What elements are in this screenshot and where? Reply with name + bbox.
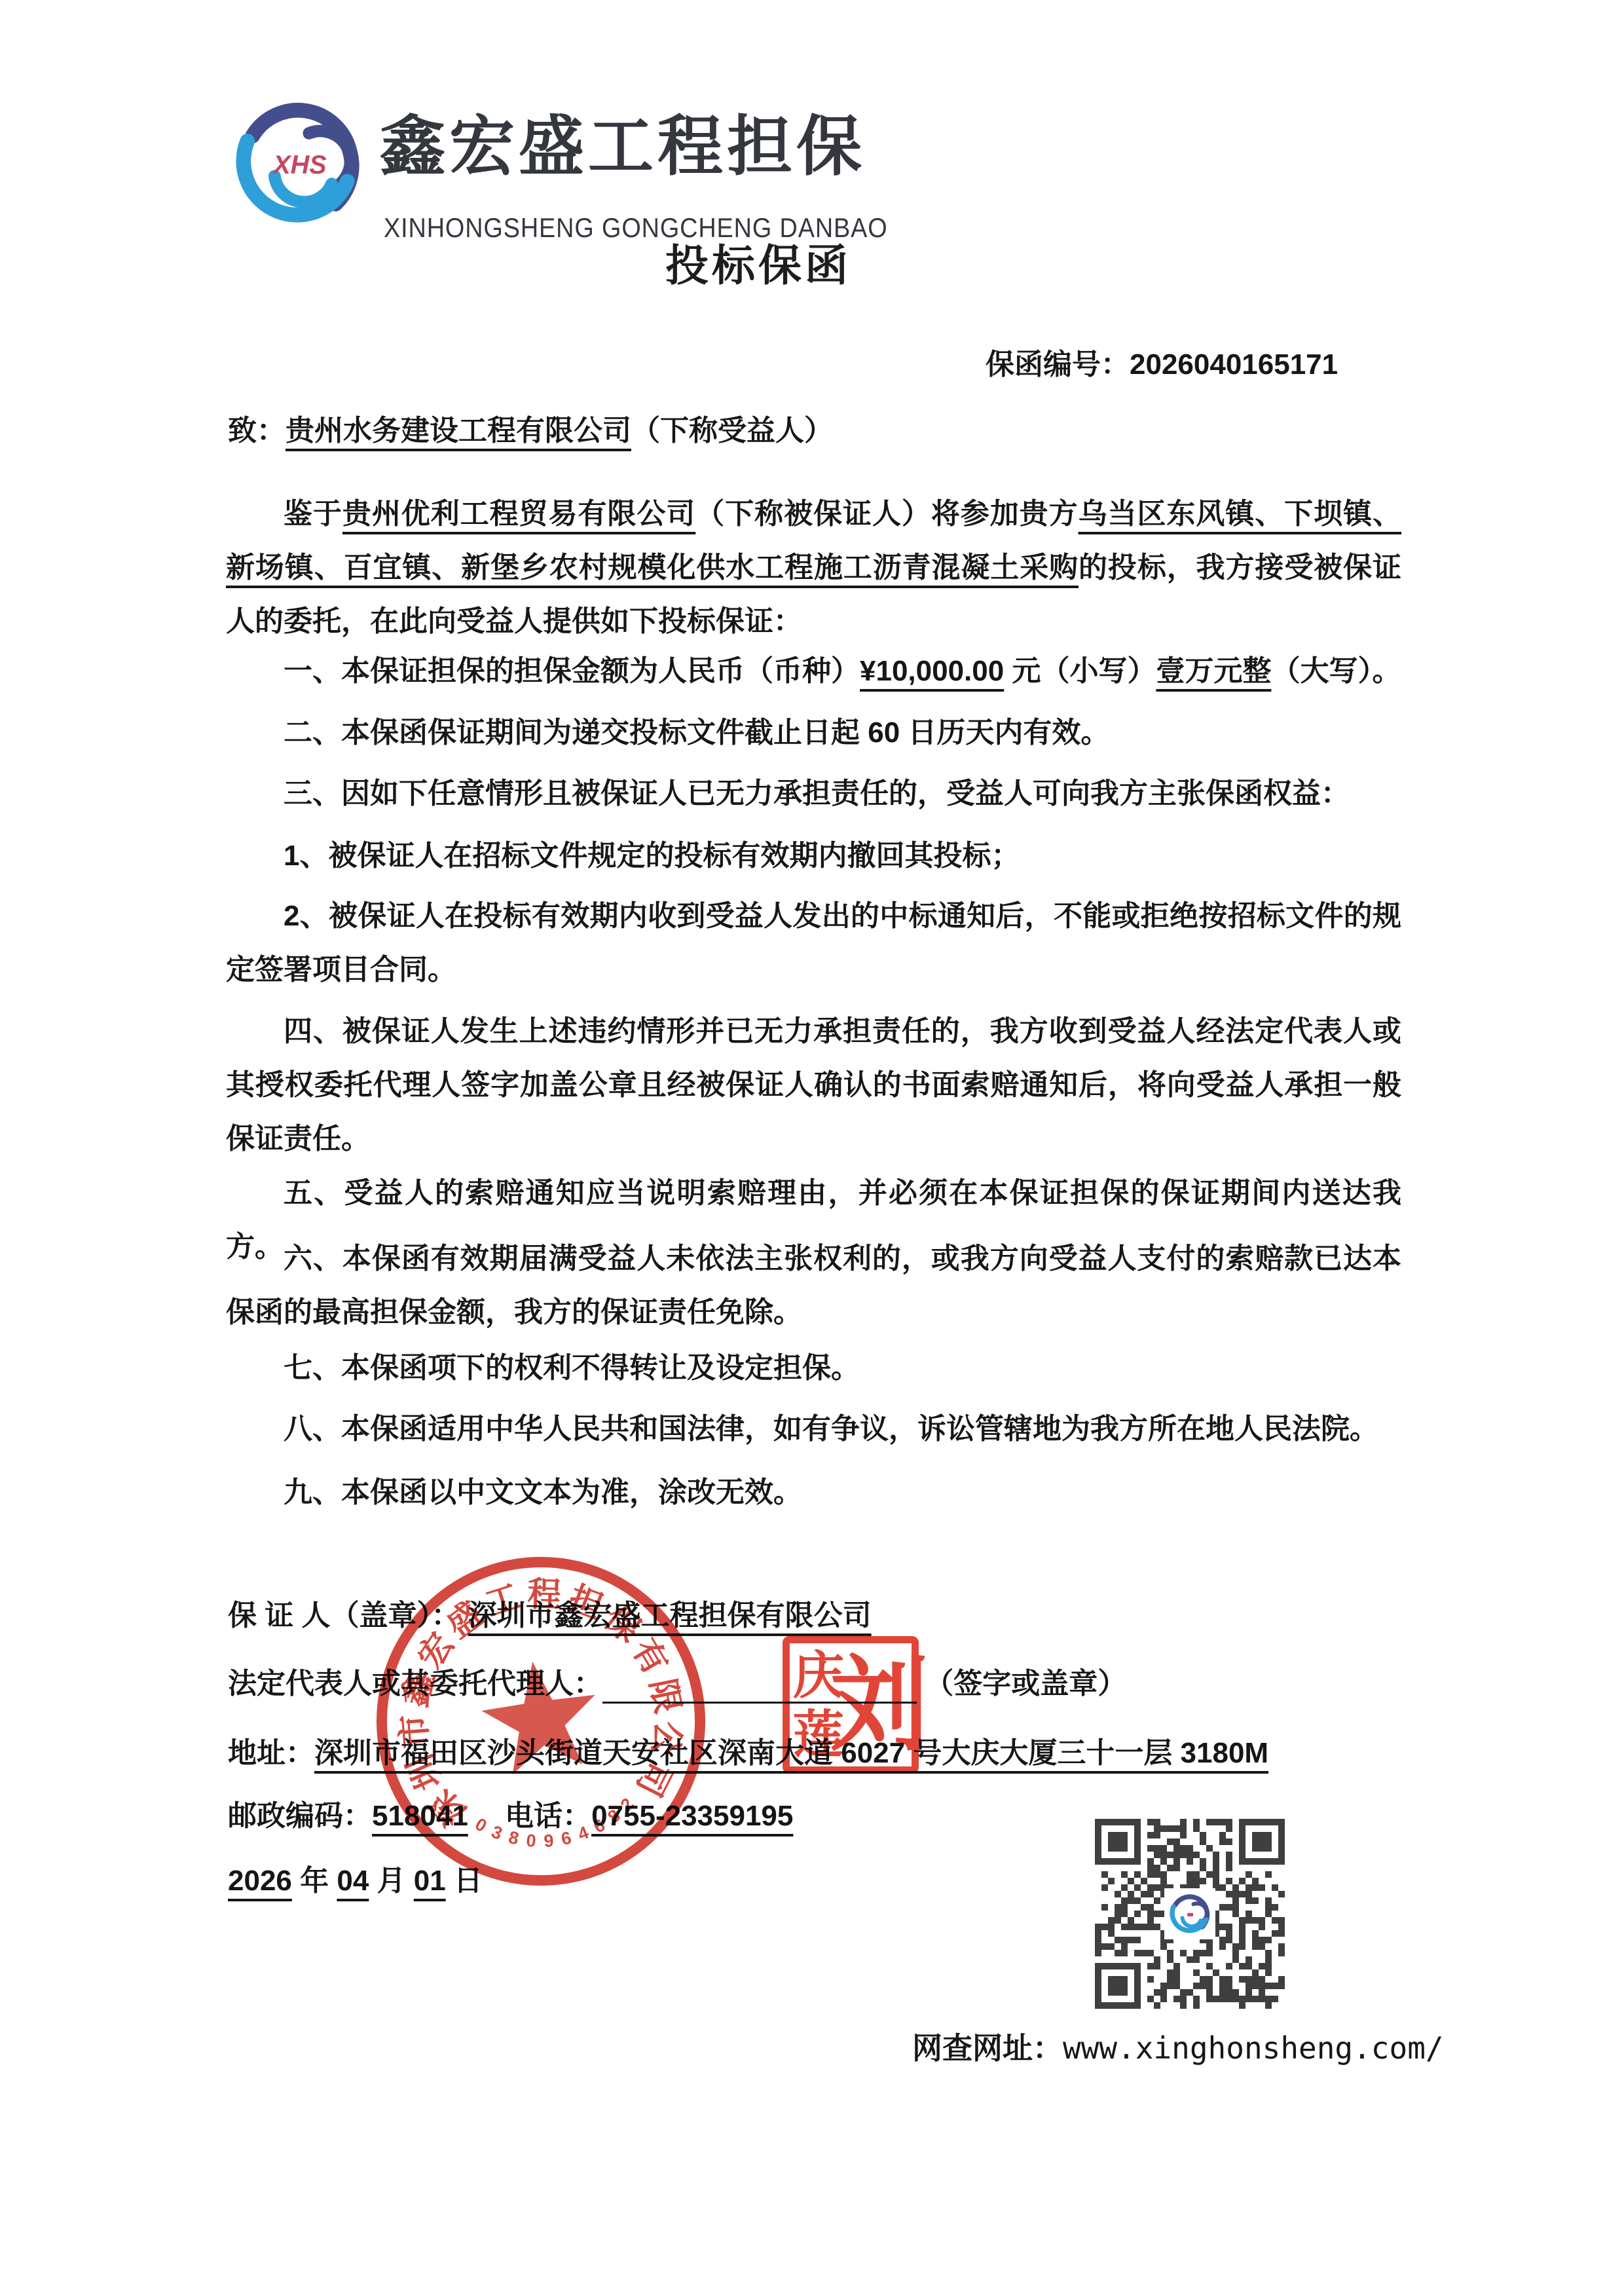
svg-text:圳: 圳 bbox=[401, 1749, 449, 1795]
svg-text:限: 限 bbox=[643, 1675, 687, 1717]
svg-text:鑫: 鑫 bbox=[396, 1668, 441, 1711]
company-logo: XHS bbox=[233, 97, 363, 229]
verification-qr-code bbox=[1095, 1819, 1285, 2009]
svg-text:公: 公 bbox=[645, 1719, 687, 1757]
guarantee-ref-number: 保函编号：2026040165171 bbox=[986, 345, 1338, 384]
svg-text:8: 8 bbox=[604, 1806, 623, 1827]
seal-serial-number: 0380964682 bbox=[470, 1793, 642, 1861]
clause-1-amount: 一、本保证担保的担保金额为人民币（币种）¥10,000.00 元（小写）壹万元整… bbox=[226, 644, 1401, 698]
clause-3-claims-intro: 三、因如下任意情形且被保证人已无力承担责任的，受益人可向我方主张保函权益： bbox=[226, 767, 1401, 821]
verification-url-caption: 网查网址：www.xinghonsheng.com/ bbox=[912, 2028, 1444, 2068]
clause-3-item-2: 2、被保证人在投标有效期内收到受益人发出的中标通知后，不能或拒绝按招标文件的规定… bbox=[226, 889, 1401, 997]
svg-text:有: 有 bbox=[625, 1632, 674, 1681]
svg-text:6: 6 bbox=[590, 1815, 608, 1837]
clause-6-release: 六、本保函有效期届满受益人未依法主张权利的，或我方向受益人支付的索赔款已达本保函… bbox=[226, 1232, 1401, 1339]
legal-rep-name-seal-stamp: 庆 莲 刘 bbox=[783, 1636, 919, 1774]
verification-url-label: 网查网址： bbox=[912, 2031, 1063, 2065]
svg-text:0: 0 bbox=[471, 1814, 490, 1836]
svg-text:深: 深 bbox=[423, 1782, 474, 1833]
document-title: 投标保函 bbox=[665, 231, 851, 293]
svg-text:2: 2 bbox=[617, 1794, 638, 1815]
verification-url: www.xinghonsheng.com/ bbox=[1063, 2030, 1444, 2066]
svg-text:4: 4 bbox=[575, 1823, 591, 1844]
clause-2-validity: 二、本保函保证期间为递交投标文件截止日起 60 日历天内有效。 bbox=[226, 706, 1401, 760]
clause-4-liability: 四、被保证人发生上述违约情形并已无力承担责任的，我方收到受益人经法定代表人或其授… bbox=[226, 1005, 1401, 1166]
svg-text:盛: 盛 bbox=[440, 1595, 490, 1646]
clause-9-chinese-text: 九、本保函以中文文本为准，涂改无效。 bbox=[226, 1466, 1401, 1520]
svg-text:程: 程 bbox=[527, 1575, 563, 1614]
svg-text:8: 8 bbox=[507, 1827, 521, 1849]
clause-3-item-1: 1、被保证人在招标文件规定的投标有效期内撤回其投标； bbox=[226, 829, 1401, 883]
svg-text:3: 3 bbox=[489, 1821, 505, 1843]
clause-8-governing-law: 八、本保函适用中华人民共和国法律，如有争议，诉讼管辖地为我方所在地人民法院。 bbox=[226, 1402, 1401, 1456]
svg-text:司: 司 bbox=[629, 1755, 678, 1802]
brand-name-cn: 鑫宏盛工程担保 bbox=[380, 113, 866, 181]
svg-text:工: 工 bbox=[481, 1578, 525, 1624]
recipient-line: 致：贵州水务建设工程有限公司（下称受益人） bbox=[228, 404, 833, 458]
svg-text:9: 9 bbox=[544, 1831, 555, 1851]
qr-center-logo bbox=[1164, 1888, 1215, 1939]
svg-text:市: 市 bbox=[395, 1713, 435, 1749]
seal-star-icon bbox=[476, 1654, 604, 1778]
company-seal-stamp: 深圳市鑫宏盛工程担保有限公司 0380964682 bbox=[348, 1529, 733, 1913]
preamble-paragraph: 鉴于贵州优利工程贸易有限公司（下称被保证人）将参加贵方乌当区东风镇、下坝镇、新场… bbox=[226, 487, 1401, 648]
name-seal-char-right: 刘 bbox=[830, 1653, 929, 1757]
svg-text:0: 0 bbox=[525, 1831, 536, 1851]
scanned-bid-guarantee-document: XHS 鑫宏盛工程担保 XINHONGSHENG GONGCHENG DANBA… bbox=[0, 0, 1624, 2295]
clause-7-no-transfer: 七、本保函项下的权利不得转让及设定担保。 bbox=[226, 1341, 1401, 1395]
svg-text:担: 担 bbox=[563, 1579, 608, 1627]
svg-text:6: 6 bbox=[559, 1828, 573, 1850]
logo-abbr-text: XHS bbox=[272, 151, 326, 179]
